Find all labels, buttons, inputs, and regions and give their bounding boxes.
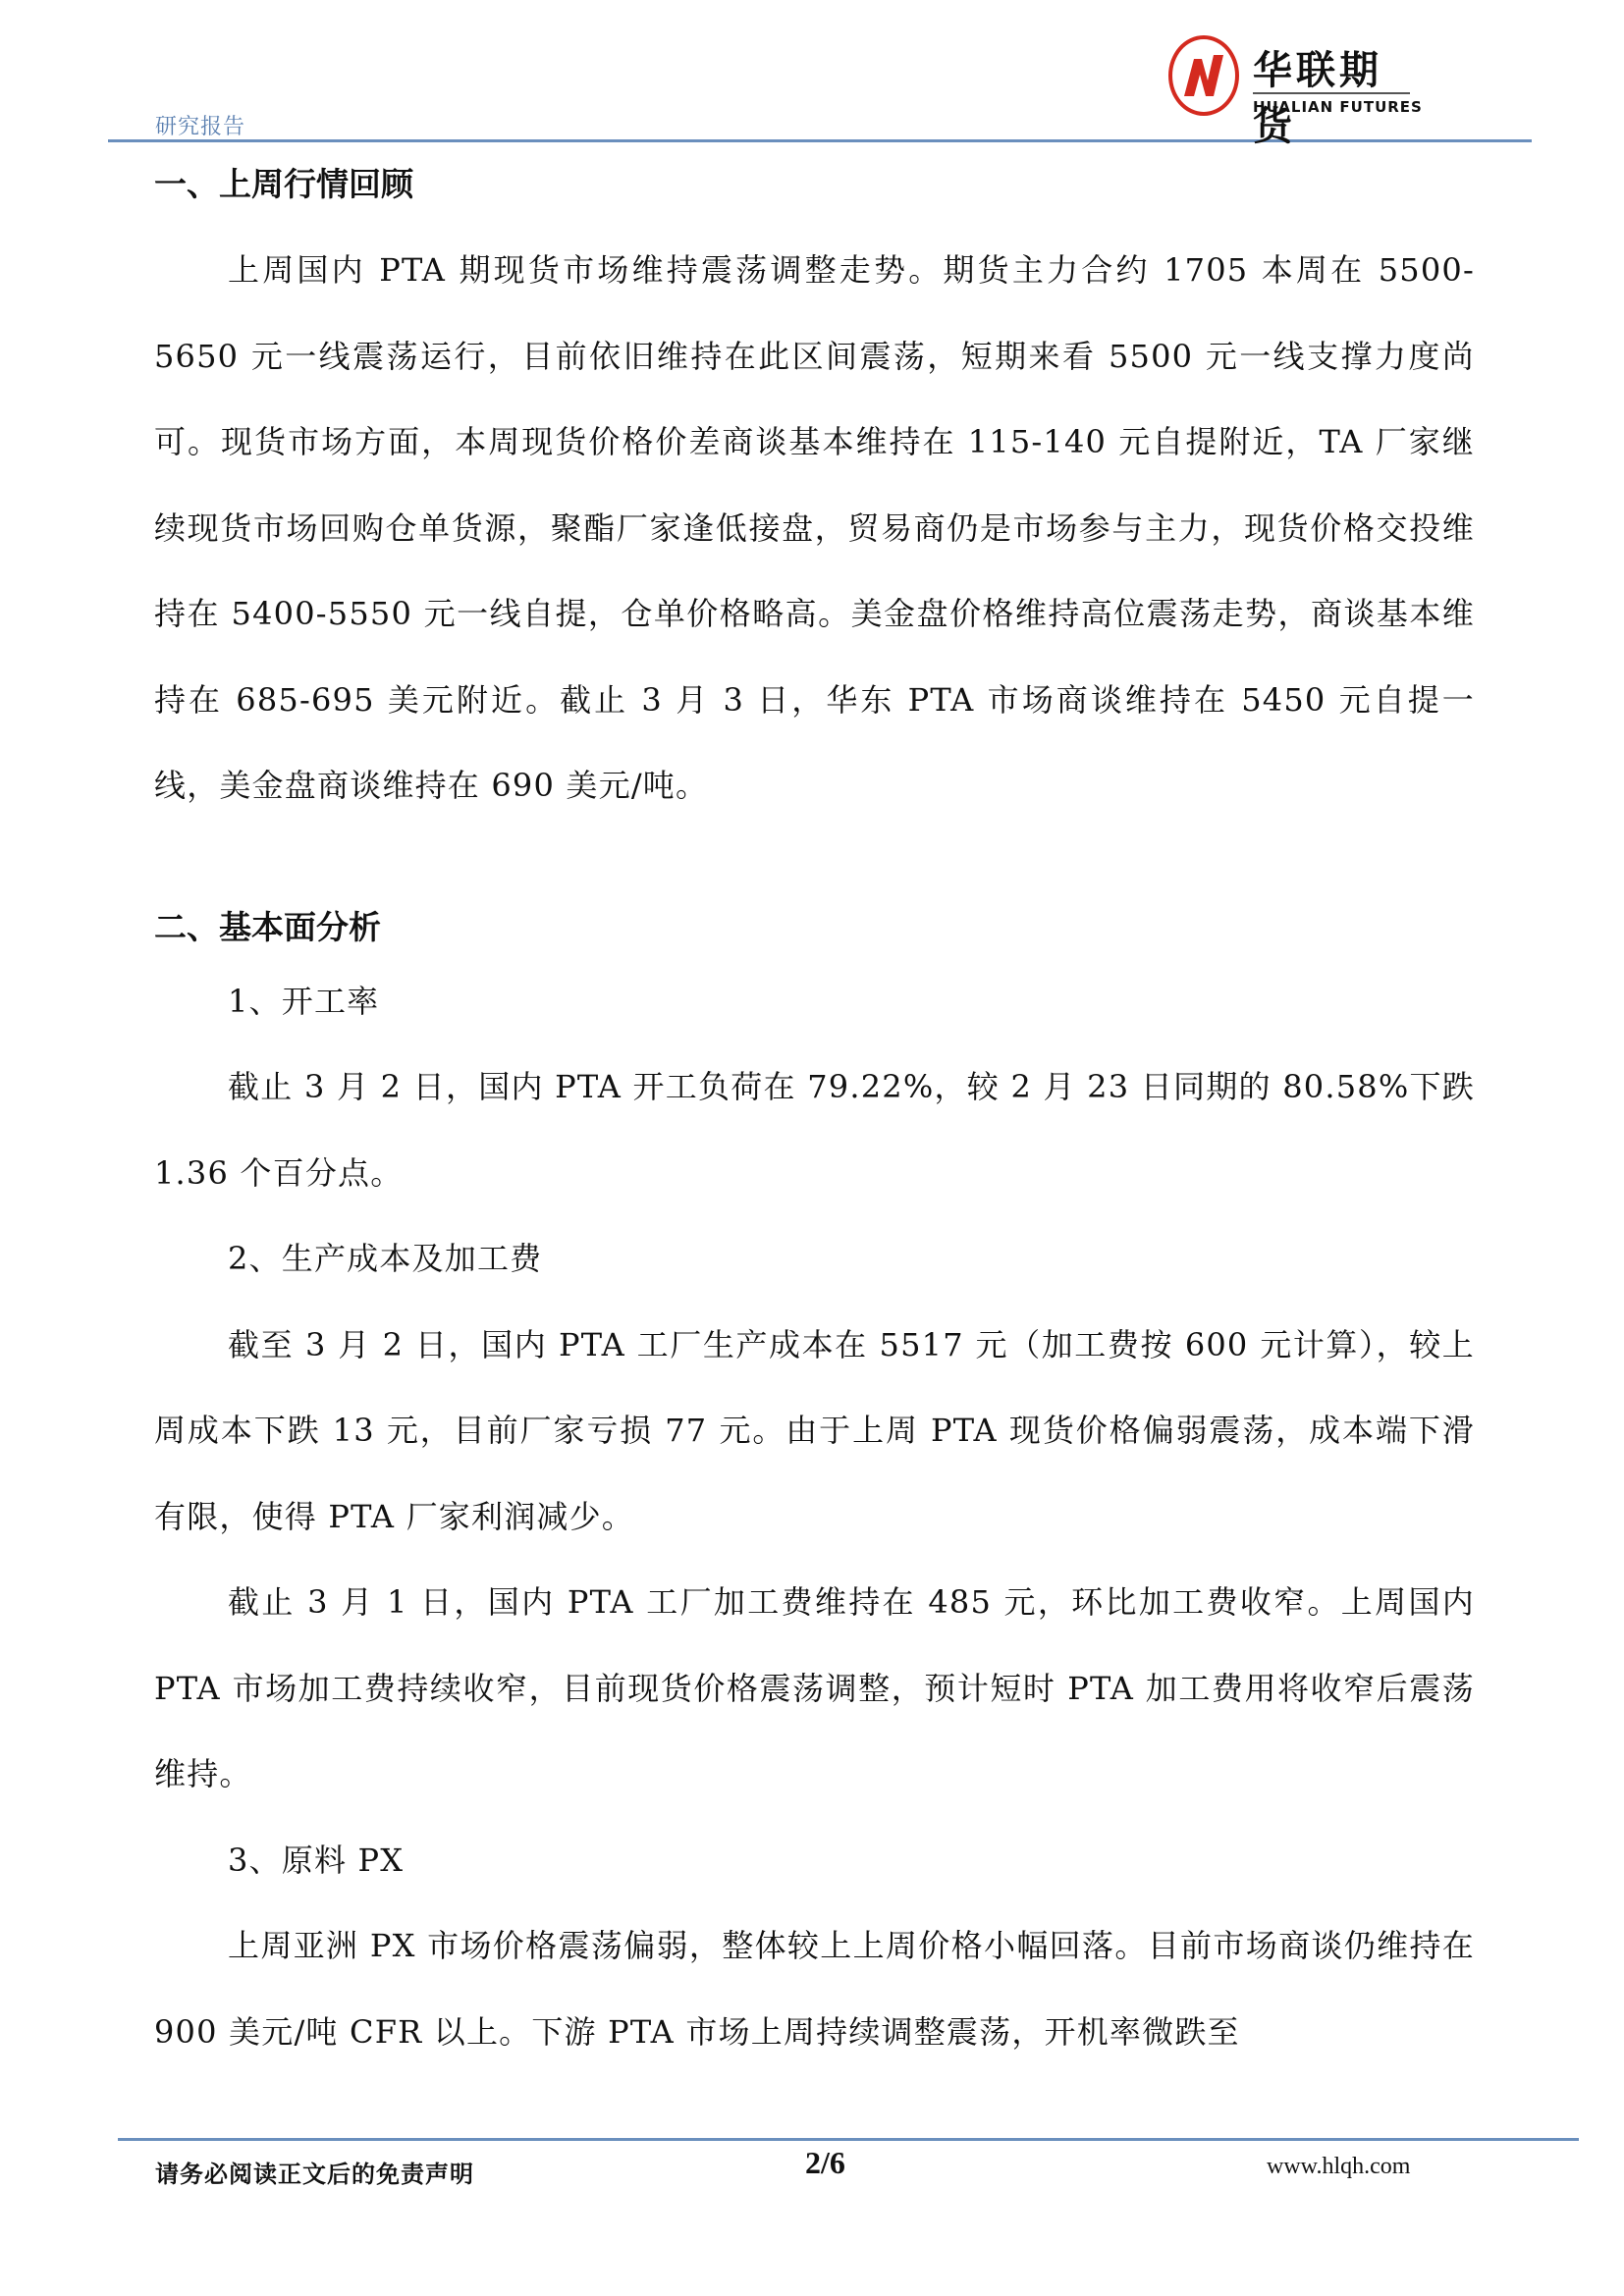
company-logo: 华联期货 HUALIAN FUTURES: [1168, 35, 1424, 124]
subsection-title-cost: 2、生产成本及加工费: [154, 1216, 1475, 1303]
logo-divider: [1253, 92, 1410, 94]
paragraph-market-review: 上周国内 PTA 期现货市场维持震荡调整走势。期货主力合约 1705 本周在 5…: [154, 228, 1475, 829]
subsection-title-operating-rate: 1、开工率: [154, 959, 1475, 1045]
paragraph-cost: 截至 3 月 2 日，国内 PTA 工厂生产成本在 5517 元（加工费按 60…: [154, 1303, 1475, 1561]
paragraph-operating-rate: 截止 3 月 2 日，国内 PTA 开工负荷在 79.22%，较 2 月 23 …: [154, 1044, 1475, 1216]
report-body: 一、上周行情回顾 上周国内 PTA 期现货市场维持震荡调整走势。期货主力合约 1…: [154, 167, 1475, 2075]
paragraph-px: 上周亚洲 PX 市场价格震荡偏弱，整体较上上周价格小幅回落。目前市场商谈仍维持在…: [154, 1903, 1475, 2075]
paragraph-processing-fee: 截止 3 月 1 日，国内 PTA 工厂加工费维持在 485 元，环比加工费收窄…: [154, 1560, 1475, 1818]
report-type-label: 研究报告: [155, 110, 245, 140]
logo-n-icon: [1180, 51, 1227, 100]
logo-chinese-name: 华联期货: [1253, 39, 1424, 151]
page-number: 2/6: [805, 2145, 845, 2181]
website-link[interactable]: www.hlqh.com: [1267, 2154, 1410, 2180]
logo-english-name: HUALIAN FUTURES: [1253, 98, 1423, 116]
section-title-market-review: 一、上周行情回顾: [154, 165, 1475, 204]
disclaimer-notice: 请务必阅读正文后的免责声明: [155, 2155, 474, 2189]
subsection-title-px: 3、原料 PX: [154, 1818, 1475, 1904]
footer-divider: [118, 2138, 1579, 2141]
section-title-fundamentals: 二、基本面分析: [154, 908, 1475, 947]
